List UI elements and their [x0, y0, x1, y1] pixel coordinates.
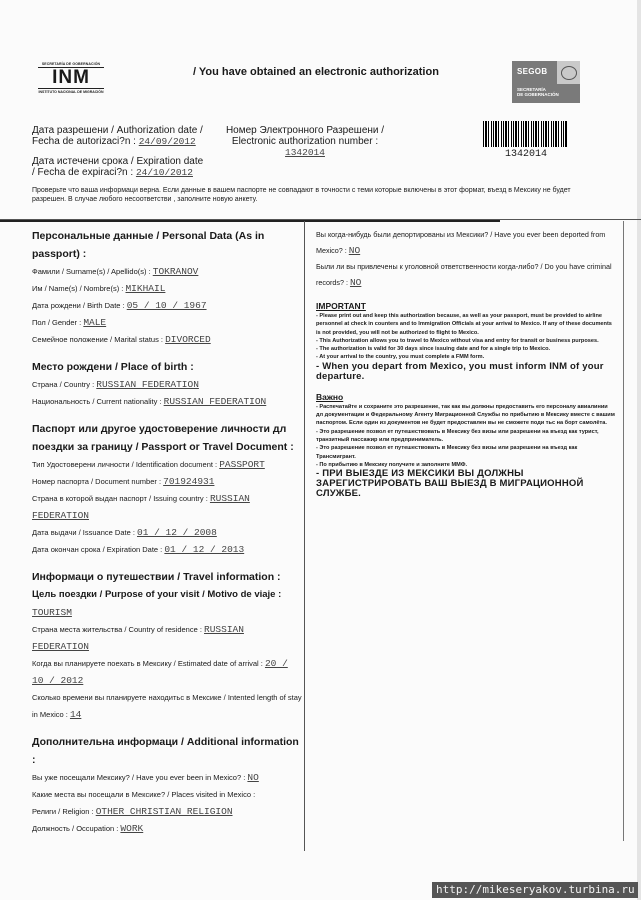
segob-logo: SEGOB SECRETARÍA DE GOBERNACIÓN	[512, 61, 580, 103]
field-value: 01 / 12 / 2013	[164, 544, 244, 555]
field-label: Религи / Religion :	[32, 807, 94, 816]
form-field: Пол / Gender : MALE	[32, 314, 302, 331]
form-field: Когда вы планируете поехать в Мексику / …	[32, 655, 302, 689]
authorization-date-label-es: Fecha de autorizaci?n :	[32, 136, 136, 147]
mexico-emblem-icon	[557, 61, 580, 84]
field-label: Семейное положение / Marital status :	[32, 335, 163, 344]
criminal-value: NO	[350, 277, 361, 288]
purpose-value: TOURISM	[32, 607, 72, 618]
field-label: Вы уже посещали Мексику? / Have you ever…	[32, 773, 245, 782]
vazhno-departure-notice: - ПРИ ВЫЕЗДЕ ИЗ МЕКСИКИ ВЫ ДОЛЖНЫ ЗАРЕГИ…	[316, 469, 616, 499]
inm-logo: SECRETARÍA DE GOBERNACIÓN INM INSTITUTO …	[38, 62, 104, 102]
important-lines: - Please print out and keep this authori…	[316, 312, 616, 362]
authorization-number-value: 1342014	[210, 147, 400, 158]
place-of-birth-fields: Страна / Country : RUSSIAN FEDERATIONНац…	[32, 376, 302, 410]
field-value: 01 / 12 / 2008	[137, 527, 217, 538]
form-field: Сколько времени вы планируете находитьс …	[32, 689, 302, 723]
field-label: Дата окончан срока / Expiration Date :	[32, 545, 162, 554]
field-label: Страна в которой выдан паспорт / Issuing…	[32, 494, 208, 503]
field-label: Национальность / Current nationality :	[32, 397, 162, 406]
form-field: Им / Name(s) / Nombre(s) : MIKHAIL	[32, 280, 302, 297]
authorization-number: Номер Электронного Разрешени / Electroni…	[210, 125, 400, 158]
expiration-date-label: Дата истечени срока / Expiration date	[32, 156, 203, 167]
additional-info-title: Дополнительна информаци / Additional inf…	[32, 733, 302, 769]
travel-info-title: Информаци о путешествии / Travel informa…	[32, 568, 302, 586]
travel-fields: Страна места жительства / Country of res…	[32, 621, 302, 723]
field-value: NO	[247, 772, 258, 783]
criminal-question: Были ли вы привлечены к уголовной ответс…	[316, 259, 616, 291]
authorization-date-value: 24/09/2012	[139, 136, 196, 147]
field-label: Какие места вы посещали в Мексике? / Pla…	[32, 790, 255, 799]
barcode	[483, 121, 567, 147]
vazhno-title: Важно	[316, 392, 616, 403]
field-value: OTHER CHRISTIAN RELIGION	[96, 806, 233, 817]
passport-title: Паспорт или другое удостоверение личност…	[32, 420, 302, 456]
field-value: PASSPORT	[219, 459, 265, 470]
field-value: TOKRANOV	[153, 266, 199, 277]
form-field: Вы уже посещали Мексику? / Have you ever…	[32, 769, 302, 786]
field-label: Им / Name(s) / Nombre(s) :	[32, 284, 123, 293]
field-value: 701924931	[163, 476, 214, 487]
place-of-birth-title: Место рождени / Place of birth :	[32, 358, 302, 376]
form-field: Дата рождени / Birth Date : 05 / 10 / 19…	[32, 297, 302, 314]
personal-data-fields: Фамили / Surname(s) / Apellido(s) : TOKR…	[32, 263, 302, 348]
form-field: Национальность / Current nationality : R…	[32, 393, 302, 410]
form-field: Страна места жительства / Country of res…	[32, 621, 302, 655]
vazhno-lines: - Распечатайте и сохраните это разрешени…	[316, 403, 616, 469]
notice-line: - Это разрешение позвол ет путешествоват…	[316, 428, 616, 445]
field-label: Должность / Occupation :	[32, 824, 118, 833]
important-departure-notice: - When you depart from Mexico, you must …	[316, 362, 616, 382]
authorization-number-label-en: Electronic authorization number :	[210, 136, 400, 147]
form-field: Страна в которой выдан паспорт / Issuing…	[32, 490, 302, 524]
form-field: Дата выдачи / Issuance Date : 01 / 12 / …	[32, 524, 302, 541]
field-label: Страна / Country :	[32, 380, 94, 389]
authorization-date: Дата разрешени / Authorization date / Fe…	[32, 125, 203, 147]
document-title: / You have obtained an electronic author…	[193, 66, 439, 78]
form-field: Какие места вы посещали в Мексике? / Pla…	[32, 786, 302, 803]
personal-data-title: Персональные данные / Personal Data (As …	[32, 227, 302, 263]
field-value: RUSSIAN FEDERATION	[96, 379, 199, 390]
left-column: Персональные данные / Personal Data (As …	[32, 227, 302, 837]
divider-thick	[0, 220, 500, 222]
form-field: Должность / Occupation : WORK	[32, 820, 302, 837]
form-field: Религи / Religion : OTHER CHRISTIAN RELI…	[32, 803, 302, 820]
right-column: Вы когда-нибудь были депортированы из Ме…	[316, 227, 616, 499]
form-field: Семейное положение / Marital status : DI…	[32, 331, 302, 348]
field-value: MIKHAIL	[125, 283, 165, 294]
segob-subtitle: SECRETARÍA DE GOBERNACIÓN	[517, 87, 559, 97]
expiration-date-label-es: / Fecha de expiraci?n :	[32, 167, 133, 178]
form-field: Фамили / Surname(s) / Apellido(s) : TOKR…	[32, 263, 302, 280]
field-value: 05 / 10 / 1967	[127, 300, 207, 311]
field-value: DIVORCED	[165, 334, 211, 345]
field-label: Дата рождени / Birth Date :	[32, 301, 125, 310]
form-field: Номер паспорта / Document number : 70192…	[32, 473, 302, 490]
verification-notice: Проверьте что ваша информаци верна. Если…	[32, 186, 592, 204]
field-label: Дата выдачи / Issuance Date :	[32, 528, 135, 537]
right-border	[623, 221, 624, 841]
field-label: Страна места жительства / Country of res…	[32, 625, 202, 634]
field-label: Фамили / Surname(s) / Apellido(s) :	[32, 267, 151, 276]
purpose-label: Цель поездки / Purpose of your visit / M…	[32, 586, 302, 604]
deported-value: NO	[349, 245, 360, 256]
expiration-date-value: 24/10/2012	[136, 167, 193, 178]
field-label: Когда вы планируете поехать в Мексику / …	[32, 659, 263, 668]
field-value: 14	[70, 709, 81, 720]
field-label: Номер паспорта / Document number :	[32, 477, 161, 486]
notice-line: - Please print out and keep this authori…	[316, 312, 616, 337]
authorization-number-label: Номер Электронного Разрешени /	[210, 125, 400, 136]
form-field: Дата окончан срока / Expiration Date : 0…	[32, 541, 302, 558]
important-title: IMPORTANT	[316, 301, 616, 312]
scan-edge	[637, 0, 641, 900]
deported-question: Вы когда-нибудь были депортированы из Ме…	[316, 227, 616, 259]
segob-name: SEGOB	[517, 67, 547, 76]
field-value: MALE	[83, 317, 106, 328]
authorization-date-label: Дата разрешени / Authorization date /	[32, 125, 203, 136]
expiration-date: Дата истечени срока / Expiration date / …	[32, 156, 203, 178]
form-field: Страна / Country : RUSSIAN FEDERATION	[32, 376, 302, 393]
form-field: Тип Удостоверени личности / Identificati…	[32, 456, 302, 473]
inm-logo-bottom: INSTITUTO NACIONAL DE MIGRACIÓN	[38, 88, 104, 94]
notice-line: - Это разрешение позвол ет путешествоват…	[316, 444, 616, 461]
inm-logo-mark: INM	[38, 68, 104, 88]
watermark-url: http://mikeseryakov.turbina.ru	[432, 882, 638, 898]
field-value: RUSSIAN FEDERATION	[164, 396, 267, 407]
field-value: WORK	[120, 823, 143, 834]
notice-line: - This Authorization allows you to trave…	[316, 337, 616, 345]
notice-line: - Распечатайте и сохраните это разрешени…	[316, 403, 616, 428]
notice-line: - The authorization is valid for 30 days…	[316, 345, 616, 353]
passport-fields: Тип Удостоверени личности / Identificati…	[32, 456, 302, 558]
segob-sub-line2: DE GOBERNACIÓN	[517, 92, 559, 97]
additional-fields: Вы уже посещали Мексику? / Have you ever…	[32, 769, 302, 837]
field-label: Тип Удостоверени личности / Identificati…	[32, 460, 217, 469]
field-label: Пол / Gender :	[32, 318, 81, 327]
column-divider	[304, 221, 305, 851]
barcode-number: 1342014	[505, 149, 547, 160]
